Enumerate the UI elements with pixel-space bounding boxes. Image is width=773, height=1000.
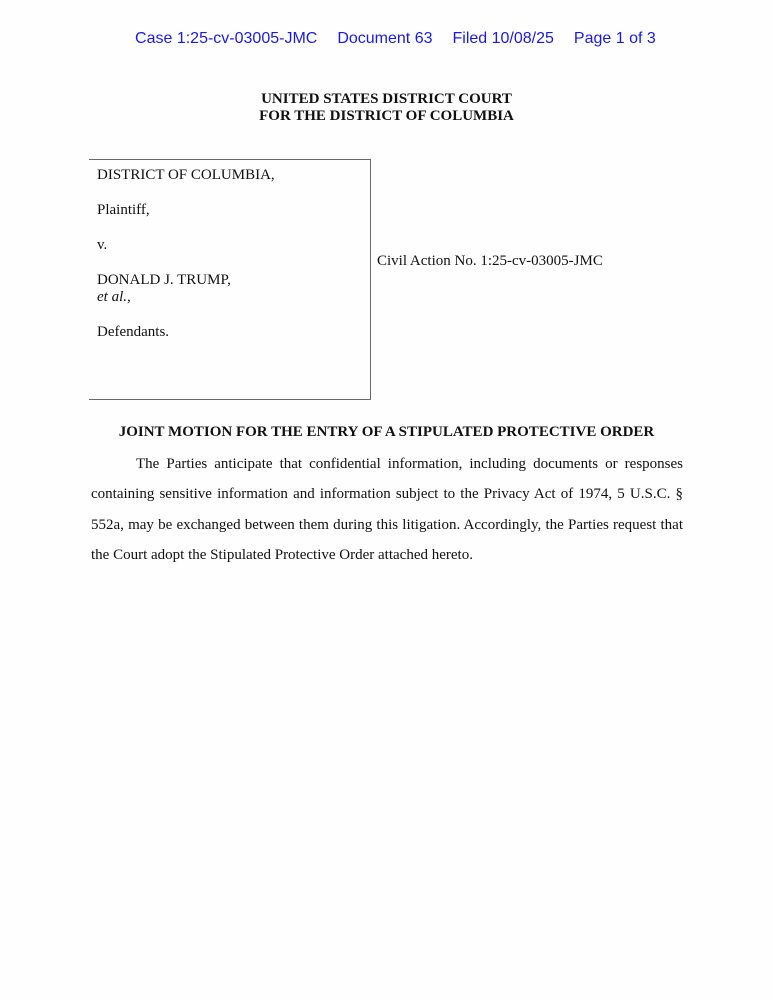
- motion-body: The Parties anticipate that confidential…: [91, 449, 683, 570]
- defendant-suffix: et al.,: [97, 289, 131, 306]
- motion-title: JOINT MOTION FOR THE ENTRY OF A STIPULAT…: [0, 424, 773, 441]
- page-indicator: Page 1 of 3: [574, 30, 656, 48]
- court-title-line-1: UNITED STATES DISTRICT COURT: [0, 91, 773, 108]
- et-al: et al.: [97, 289, 127, 305]
- defendant-label: Defendants.: [97, 324, 169, 341]
- motion-paragraph: The Parties anticipate that confidential…: [91, 449, 683, 570]
- civil-action-number: Civil Action No. 1:25-cv-03005-JMC: [377, 253, 603, 270]
- plaintiff-label: Plaintiff,: [97, 202, 150, 219]
- document-page: Case 1:25-cv-03005-JMCDocument 63Filed 1…: [0, 0, 773, 1000]
- filed-date: Filed 10/08/25: [453, 30, 554, 48]
- ecf-header: Case 1:25-cv-03005-JMCDocument 63Filed 1…: [0, 12, 773, 66]
- case-caption-box: DISTRICT OF COLUMBIA, Plaintiff, v. DONA…: [89, 159, 371, 400]
- document-number: Document 63: [337, 30, 432, 48]
- court-title: UNITED STATES DISTRICT COURT FOR THE DIS…: [0, 91, 773, 125]
- court-title-line-2: FOR THE DISTRICT OF COLUMBIA: [0, 108, 773, 125]
- plaintiff-name: DISTRICT OF COLUMBIA,: [97, 167, 275, 184]
- versus: v.: [97, 237, 107, 254]
- case-number: Case 1:25-cv-03005-JMC: [135, 30, 317, 48]
- defendant-name: DONALD J. TRUMP,: [97, 272, 231, 289]
